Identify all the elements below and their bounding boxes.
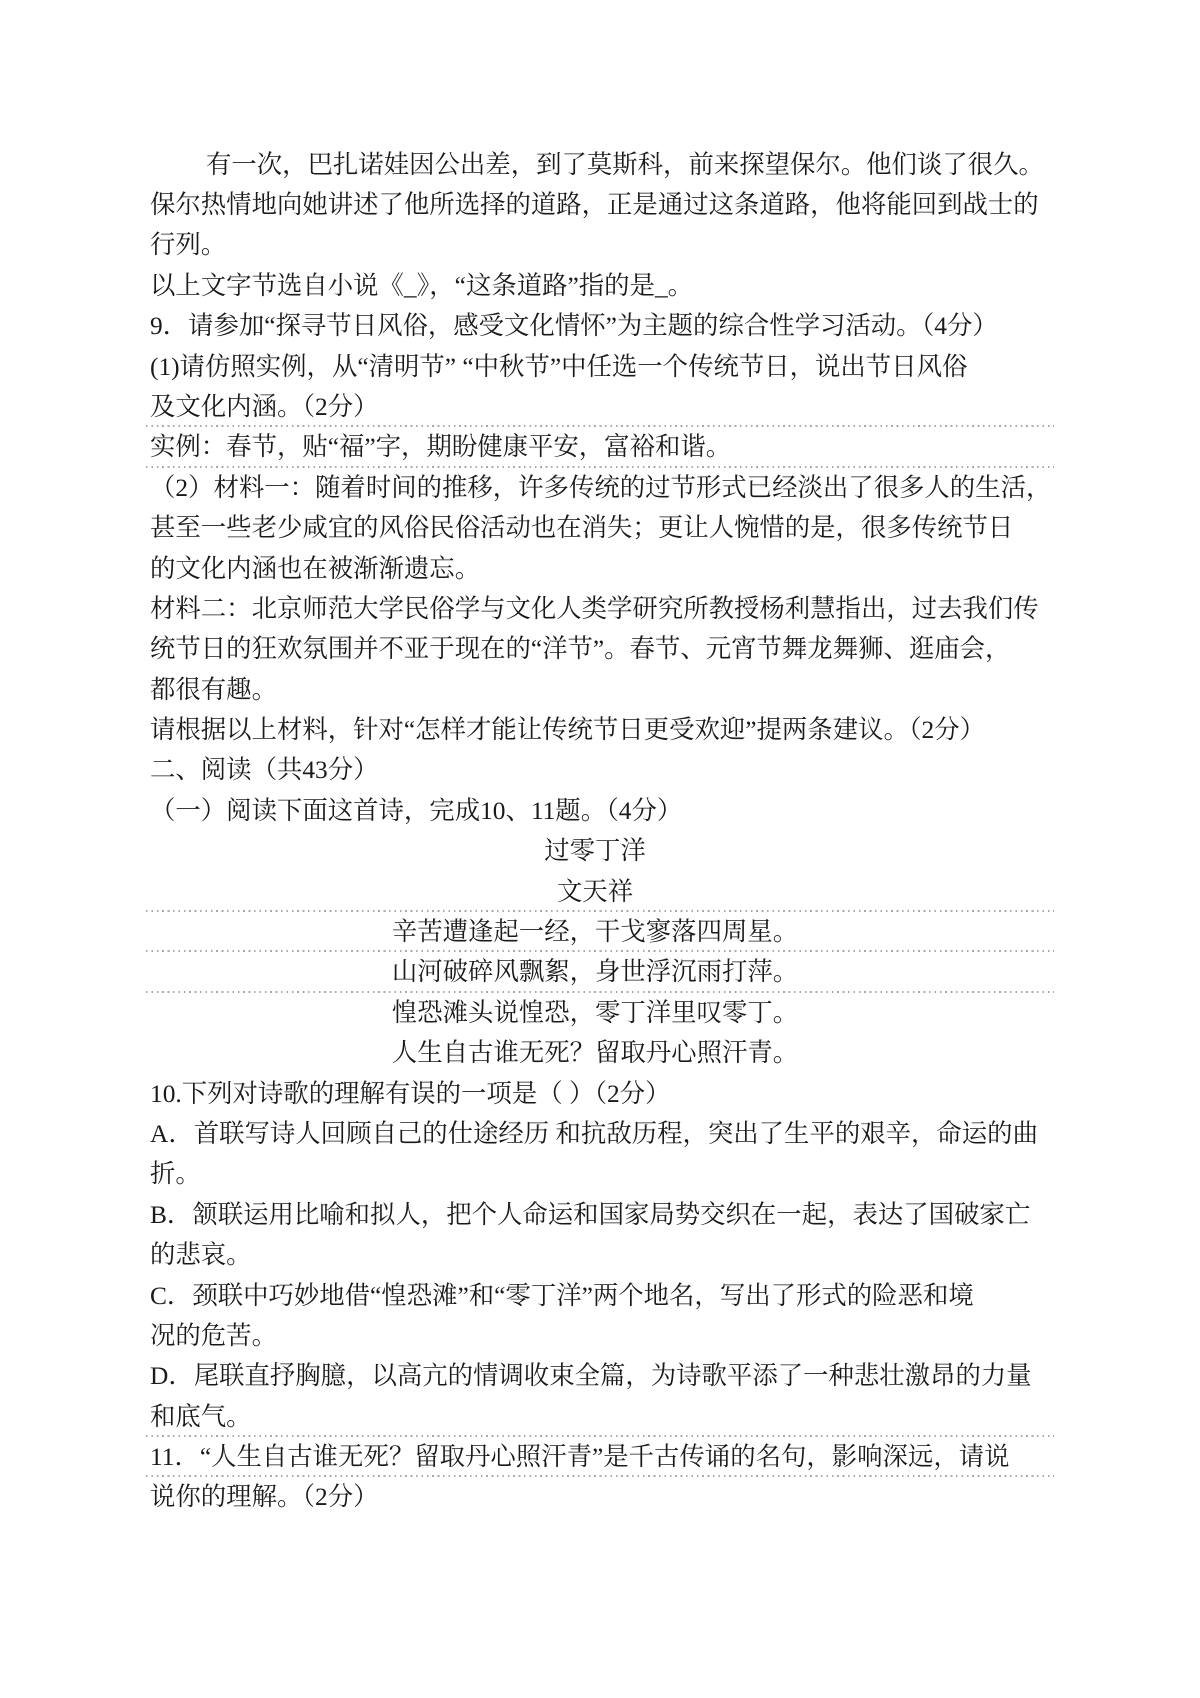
question10-option-d: D．尾联直抒胸臆，以高亢的情调收束全篇，为诗歌平添了一种悲壮激昂的力量: [150, 1356, 1040, 1396]
question9-task-line: 请根据以上材料，针对“怎样才能让传统节日更受欢迎”提两条建议。（2分）: [150, 710, 1040, 750]
question11-line: 说你的理解。（2分）: [150, 1477, 1040, 1517]
question10-option-b: 的悲哀。: [150, 1235, 1040, 1275]
text-column: 有一次，巴扎诺娃因公出差，到了莫斯科，前来探望保尔。他们谈了很久。 保尔热情地向…: [150, 145, 1040, 1518]
question9-material1-line: 甚至一些老少咸宜的风俗民俗活动也在消失；更让人惋惜的是，很多传统节日: [150, 508, 1040, 548]
question10-option-c: 况的危苦。: [150, 1316, 1040, 1356]
poem-line: 辛苦遭逢起一经，干戈寥落四周星。: [150, 912, 1040, 952]
poem-title: 过零丁洋: [150, 831, 1040, 871]
excerpt-line: 有一次，巴扎诺娃因公出差，到了莫斯科，前来探望保尔。他们谈了很久。: [150, 145, 1040, 185]
excerpt-line: 行列。: [150, 225, 1040, 265]
question9-material2-line: 统节日的狂欢氛围并不亚于现在的“洋节”。春节、元宵节舞龙舞狮、逛庙会，: [150, 629, 1040, 669]
question10-option-d: 和底气。: [150, 1397, 1040, 1437]
poem-line: 山河破碎风飘絮，身世浮沉雨打萍。: [150, 952, 1040, 992]
question10-option-b: B．颔联运用比喻和拟人，把个人命运和国家局势交织在一起，表达了国破家亡: [150, 1195, 1040, 1235]
question9-line: 及文化内涵。（2分）: [150, 387, 1040, 427]
excerpt-question-line: 以上文字节选自小说《_》，“这条道路”指的是_。: [150, 266, 1040, 306]
question10-option-a: A．首联写诗人回顾自己的仕途经历 和抗敌历程，突出了生平的艰辛，命运的曲: [150, 1114, 1040, 1154]
section-two-heading: 二、阅读（共43分）: [150, 750, 1040, 790]
question9-material1-line: （2）材料一：随着时间的推移，许多传统的过节形式已经淡出了很多人的生活，: [150, 468, 1040, 508]
question9-material2-line: 材料二：北京师范大学民俗学与文化人类学研究所教授杨利慧指出，过去我们传: [150, 589, 1040, 629]
question9-line: 9．请参加“探寻节日风俗，感受文化情怀”为主题的综合性学习活动。（4分）: [150, 306, 1040, 346]
excerpt-line: 保尔热情地向她讲述了他所选择的道路，正是通过这条道路，他将能回到战士的: [150, 185, 1040, 225]
question10-stem: 10.下列对诗歌的理解有误的一项是（ ）（2分）: [150, 1074, 1040, 1114]
question10-option-c: C．颈联中巧妙地借“惶恐滩”和“零丁洋”两个地名，写出了形式的险恶和境: [150, 1276, 1040, 1316]
question10-option-a: 折。: [150, 1154, 1040, 1194]
question9-material2-line: 都很有趣。: [150, 670, 1040, 710]
question9-material1-line: 的文化内涵也在被渐渐遗忘。: [150, 549, 1040, 589]
question9-line: (1)请仿照实例，从“清明节” “中秋节”中任选一个传统节日，说出节日风俗: [150, 347, 1040, 387]
document-page: 有一次，巴扎诺娃因公出差，到了莫斯科，前来探望保尔。他们谈了很久。 保尔热情地向…: [0, 0, 1200, 1698]
question11-line: 11．“人生自古谁无死？留取丹心照汗青”是千古传诵的名句，影响深远，请说: [150, 1437, 1040, 1477]
question9-example-line: 实例：春节，贴“福”字，期盼健康平安，富裕和谐。: [150, 427, 1040, 467]
part-one-intro: （一）阅读下面这首诗，完成10、11题。（4分）: [150, 791, 1040, 831]
poem-author: 文天祥: [150, 872, 1040, 912]
poem-line: 人生自古谁无死？留取丹心照汗青。: [150, 1033, 1040, 1073]
poem-line: 惶恐滩头说惶恐，零丁洋里叹零丁。: [150, 993, 1040, 1033]
